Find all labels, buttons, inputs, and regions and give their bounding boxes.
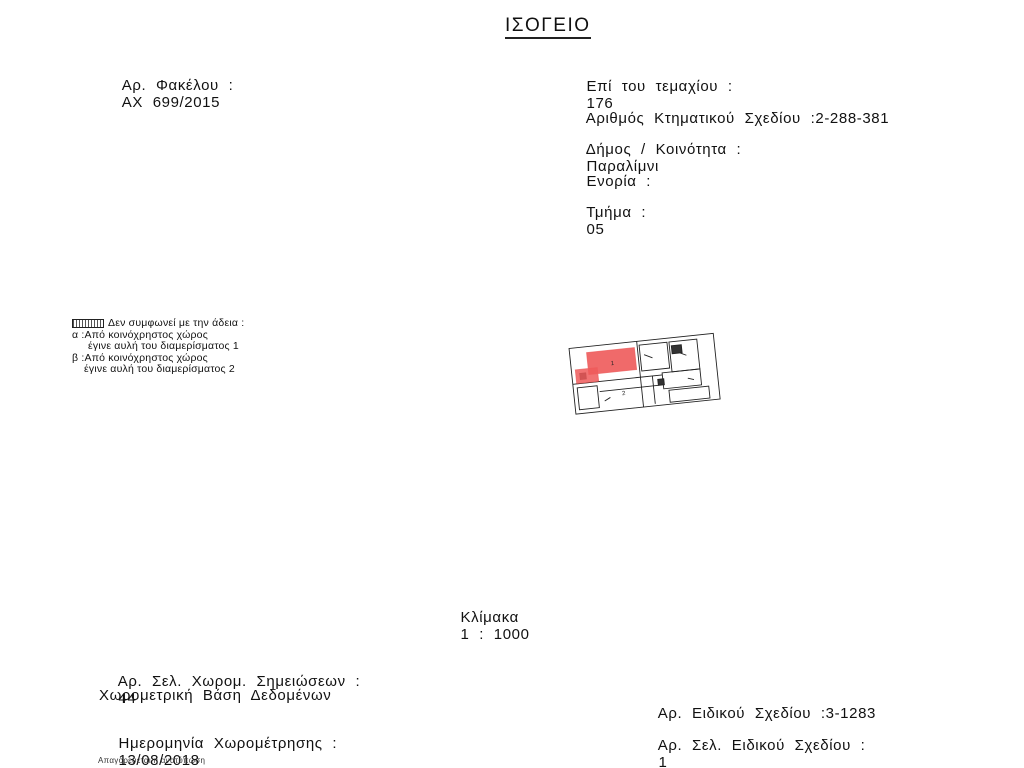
special-plan-page-label: Αρ. Σελ. Ειδικού Σχεδίου : — [658, 737, 866, 754]
section: Τμήμα : 05 — [567, 187, 646, 238]
scale-label: Κλίμακα — [461, 609, 519, 626]
survey-date-label: Ημερομηνία Χωρομέτρησης : — [119, 735, 338, 752]
hatch-swatch-icon — [72, 319, 104, 328]
unit-label: 2 — [622, 391, 627, 397]
section-label: Τμήμα : — [586, 204, 646, 221]
file-number-label: Αρ. Φακέλου : — [122, 77, 234, 94]
section-value: 05 — [587, 221, 605, 238]
floor-plan-drawing: 1 2 — [562, 327, 722, 419]
special-plan: Αρ. Ειδικού Σχεδίου :3-1283 — [639, 688, 876, 722]
legend: Δεν συμφωνεί με την άδεια : α :Από κοινό… — [72, 318, 244, 376]
footnote: Απαγορεύεται η ανατύπωση — [98, 756, 205, 765]
scale: Κλίμακα 1 : 1000 — [441, 592, 530, 643]
highlight-fill-unit-2 — [575, 368, 598, 384]
cadastral-plan: Αριθμός Κτηματικού Σχεδίου :2-288-381 — [567, 93, 889, 127]
legend-item-detail: έγινε αυλή του διαμερίσματος 2 — [72, 364, 244, 376]
survey-database: Χωρομετρική Βάση Δεδομένων — [99, 687, 331, 704]
document-title: ΙΣΟΓΕΙΟ — [505, 16, 591, 39]
file-number-value: ΑΧ 699/2015 — [122, 94, 220, 111]
legend-heading: Δεν συμφωνεί με την άδεια : — [108, 317, 244, 329]
special-plan-page: Αρ. Σελ. Ειδικού Σχεδίου : 1 — [639, 720, 865, 768]
special-plan-page-value: 1 — [659, 754, 668, 768]
cadastral-plan-value: 2-288-381 — [815, 110, 889, 127]
file-number: Αρ. Φακέλου : ΑΧ 699/2015 — [103, 60, 233, 111]
scale-value: 1 : 1000 — [461, 626, 530, 643]
